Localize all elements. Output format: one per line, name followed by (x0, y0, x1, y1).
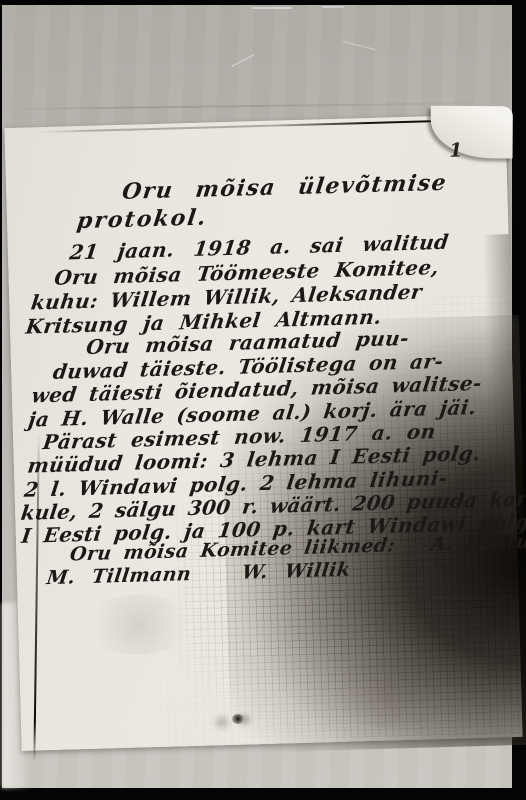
document-page: 1 Oru mõisa ülevõtmise protokol. 21 jaan… (4, 114, 522, 751)
title-line: Oru mõisa ülevõtmise (121, 170, 449, 205)
page-number: 1 (449, 139, 463, 161)
scratch-mark (322, 6, 344, 8)
photo-frame: 1 Oru mõisa ülevõtmise protokol. 21 jaan… (0, 0, 526, 800)
scratch-mark (252, 7, 292, 9)
page-corner-curl (431, 106, 513, 159)
title-line: protokol. (75, 204, 209, 234)
